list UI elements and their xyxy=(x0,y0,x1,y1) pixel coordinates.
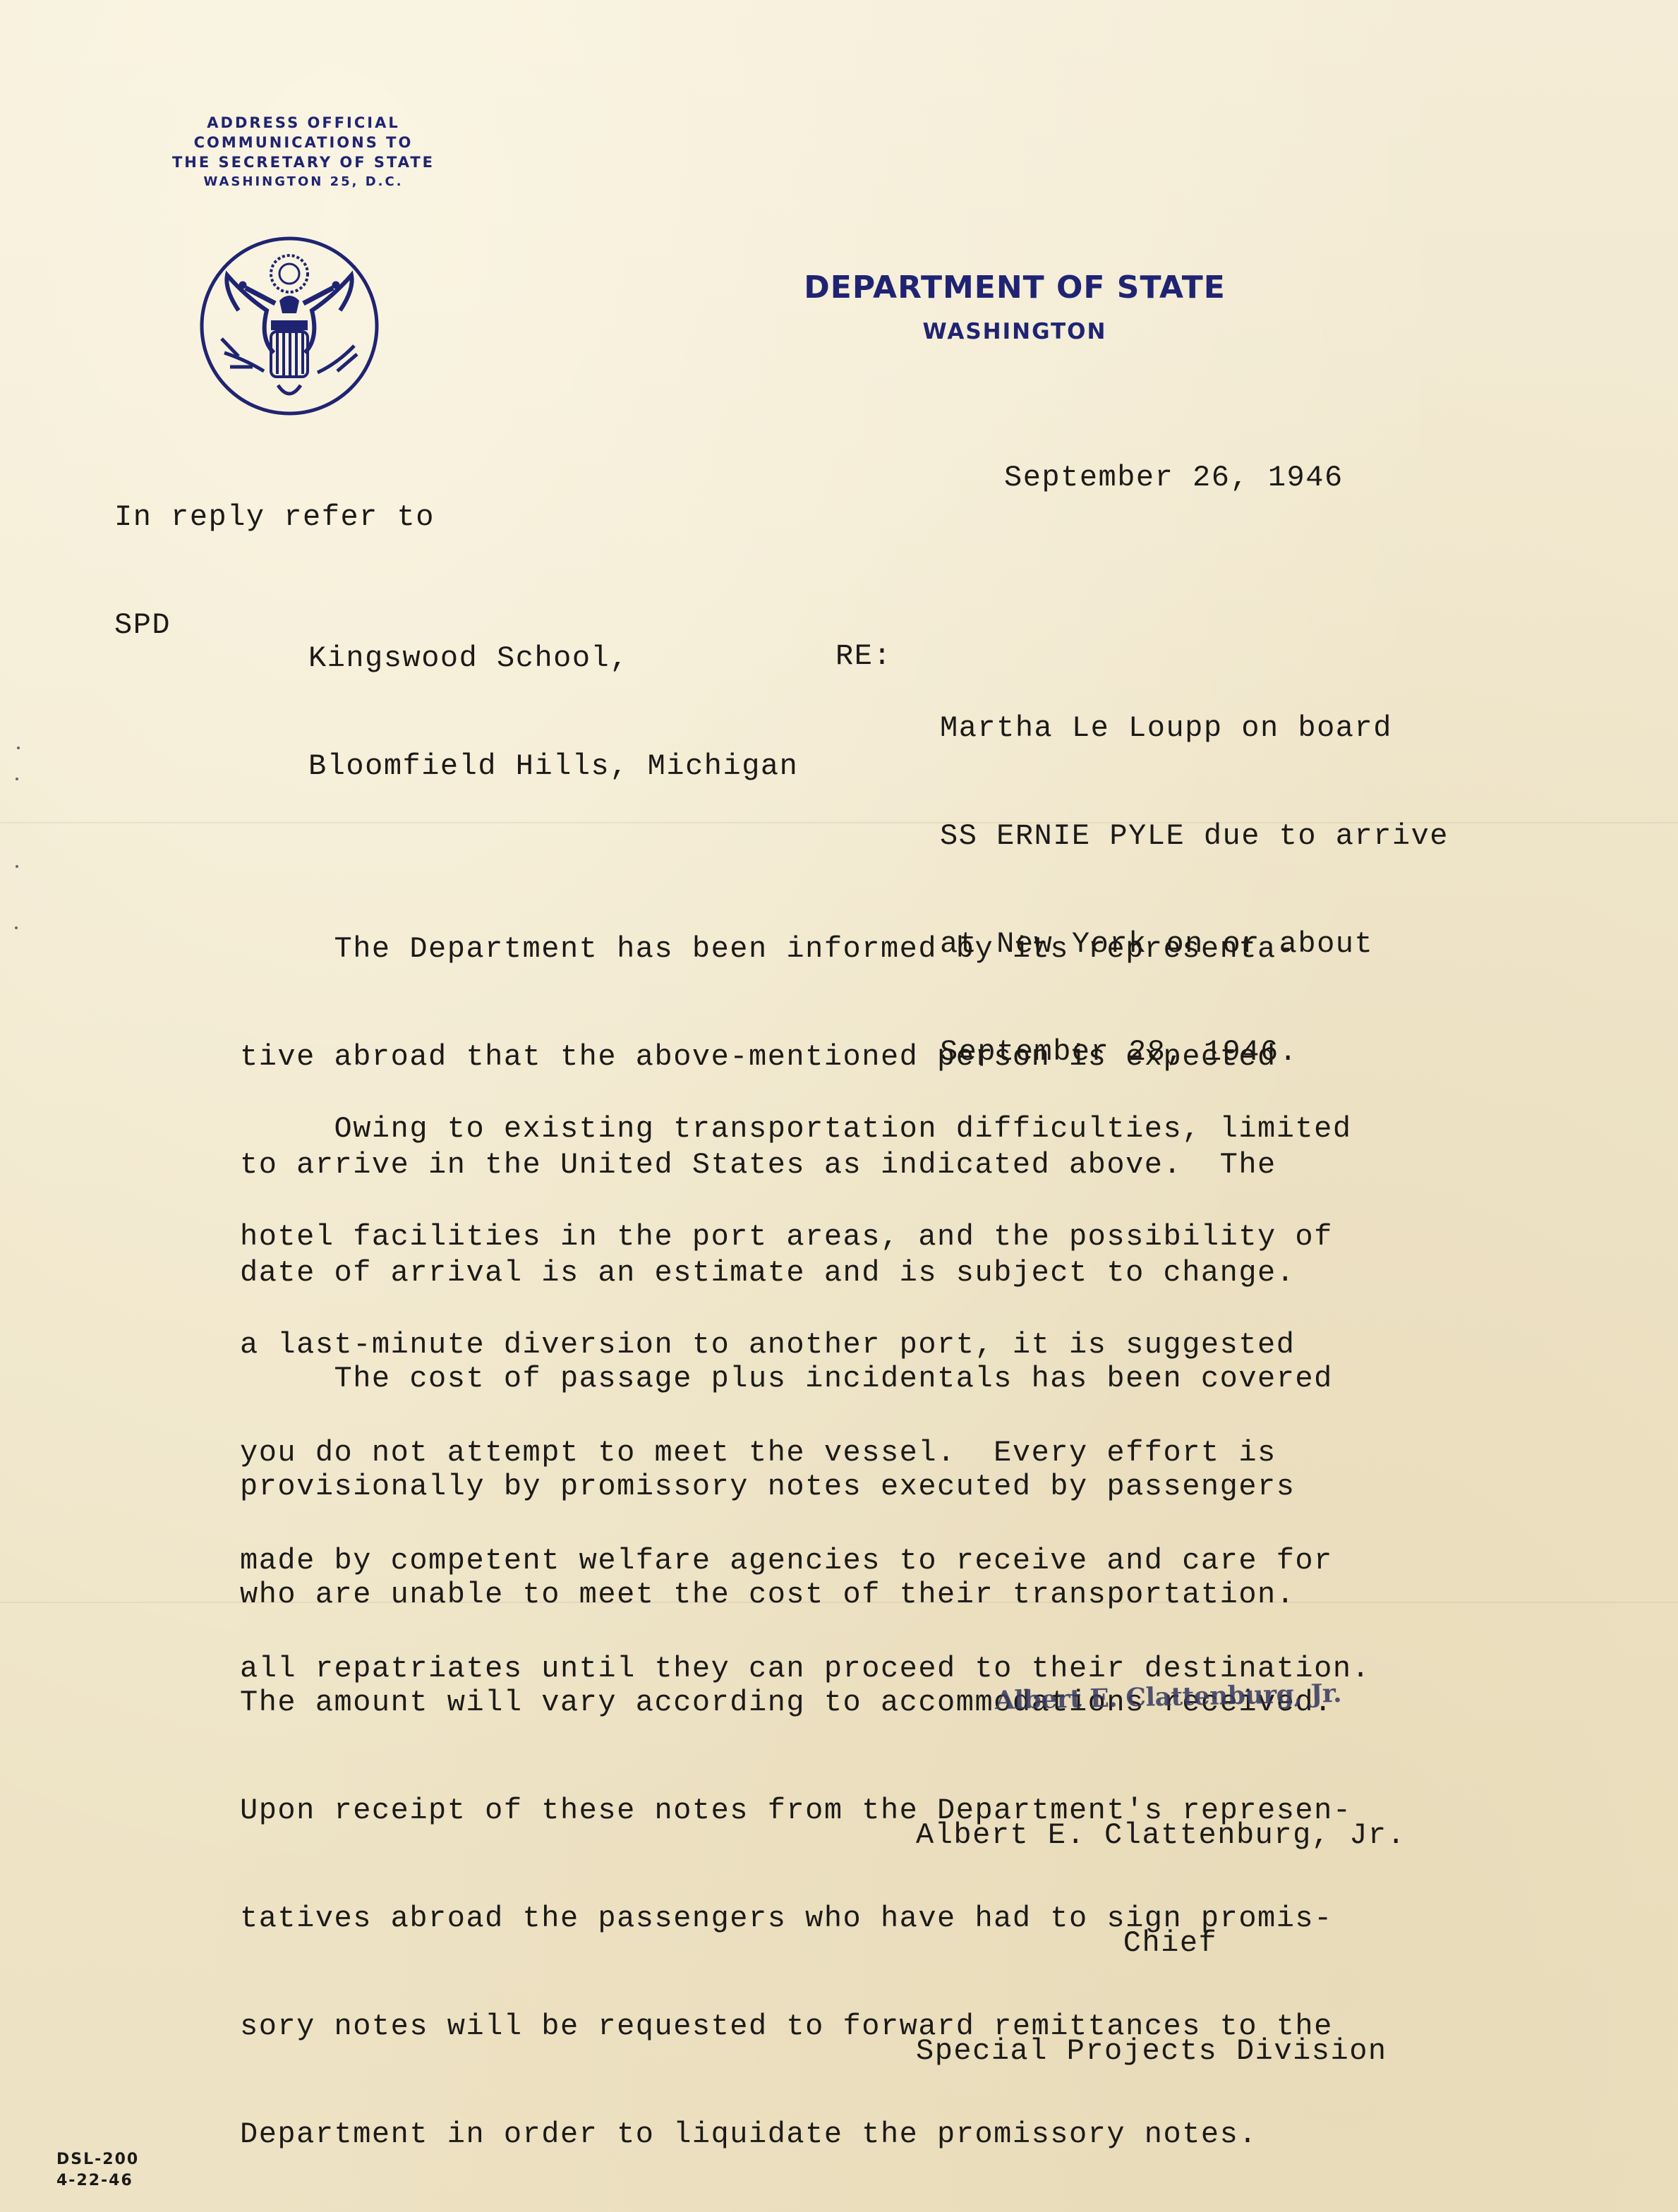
department-name: DEPARTMENT OF STATE xyxy=(796,268,1233,308)
body-line: Owing to existing transportation difficu… xyxy=(240,1111,1370,1147)
body-line: Department in order to liquidate the pro… xyxy=(240,2117,1352,2153)
address-notice-line: WASHINGTON 25, D.C. xyxy=(120,172,487,192)
subject-label: RE: xyxy=(835,639,892,675)
body-line: hotel facilities in the port areas, and … xyxy=(240,1219,1370,1255)
form-number: DSL-200 4-22-46 xyxy=(56,2149,139,2192)
letter-date: September 26, 1946 xyxy=(1004,460,1344,496)
signatory-division: Special Projects Division xyxy=(916,2033,1406,2069)
body-line: provisionally by promissory notes execut… xyxy=(240,1469,1352,1505)
signatory-title: Chief xyxy=(916,1926,1406,1962)
paper-speck xyxy=(16,865,18,868)
recipient-address: Kingswood School, Bloomfield Hills, Mich… xyxy=(308,569,798,821)
form-number-date: 4-22-46 xyxy=(56,2170,139,2192)
address-notice-line: ADDRESS OFFICIAL COMMUNICATIONS TO xyxy=(120,113,487,152)
body-line: The Department has been informed by its … xyxy=(240,931,1295,967)
address-notice-line: THE SECRETARY OF STATE xyxy=(120,152,487,172)
reply-reference-label: In reply refer to xyxy=(114,500,435,536)
subject-line: SS ERNIE PYLE due to arrive xyxy=(940,818,1449,854)
recipient-line: Bloomfield Hills, Michigan xyxy=(308,749,798,785)
signature-block: Albert E. Clattenburg, Jr. Chief Special… xyxy=(916,1746,1406,2105)
form-number-code: DSL-200 xyxy=(56,2149,139,2170)
great-seal-eagle-icon xyxy=(196,233,382,419)
paper-speck xyxy=(15,926,18,929)
paper-speck xyxy=(17,747,20,749)
address-notice: ADDRESS OFFICIAL COMMUNICATIONS TO THE S… xyxy=(120,113,487,192)
signatory-name: Albert E. Clattenburg, Jr. xyxy=(916,1818,1406,1854)
recipient-line: Kingswood School, xyxy=(308,641,798,677)
body-line: The cost of passage plus incidentals has… xyxy=(240,1361,1352,1397)
department-heading: DEPARTMENT OF STATE WASHINGTON xyxy=(796,268,1233,344)
department-city: WASHINGTON xyxy=(796,319,1233,344)
body-line: who are unable to meet the cost of their… xyxy=(240,1577,1352,1613)
subject-line: Martha Le Loupp on board xyxy=(940,711,1449,747)
paper-speck xyxy=(16,778,18,780)
